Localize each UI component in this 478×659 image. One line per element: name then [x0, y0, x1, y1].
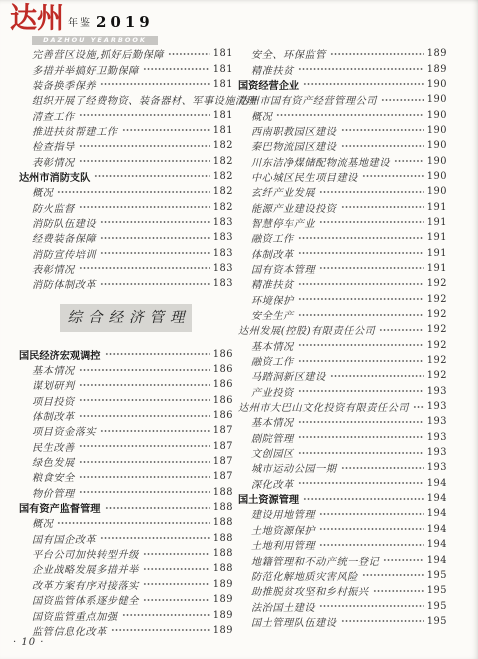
dot-leader: [143, 64, 210, 74]
toc-entry-title: 企业战略发展多措并举: [32, 561, 139, 576]
toc-entry: 城市运动公园一期193: [238, 460, 447, 475]
dot-leader: [122, 125, 210, 135]
toc-entry: 国有资本管理191: [238, 261, 447, 276]
dot-leader: [298, 64, 424, 74]
toc-entry: 环境保护192: [238, 292, 447, 307]
toc-entry: 建设用地管理194: [238, 506, 447, 521]
toc-entry: 国资经营企业190: [238, 77, 447, 92]
toc-entry: 川东洁净煤储配物流基地建设190: [238, 153, 447, 168]
toc-entry: 剧院管理193: [238, 430, 447, 445]
toc-entry: 体制改革191: [238, 245, 447, 260]
toc-entry-page-number: 191: [427, 263, 447, 274]
toc-entry-page-number: 181: [213, 125, 233, 136]
toc-entry-title: 达州市国有资产经营管理公司: [238, 92, 377, 107]
toc-entry-title: 达州市消防支队: [19, 169, 90, 184]
toc-entry-page-number: 181: [213, 110, 233, 121]
toc-entry: 国有资产监督管理188: [19, 500, 233, 515]
dot-leader: [143, 579, 210, 589]
toc-entry: 完善营区设施,抓好后勤保障181: [19, 46, 233, 61]
toc-entry-page-number: 189: [213, 594, 233, 605]
toc-entry-title: 项目资金落实: [32, 423, 96, 438]
dot-leader: [298, 248, 424, 258]
dot-leader: [319, 263, 424, 273]
toc-entry-page-number: 195: [427, 585, 447, 596]
toc-entry: 马踏洞新区建设192: [238, 368, 447, 383]
toc-entry-page-number: 192: [427, 324, 447, 335]
dot-leader: [298, 417, 424, 427]
toc-entry: 达州市国有资产经营管理公司190: [238, 92, 447, 107]
dot-leader: [341, 463, 424, 473]
toc-entry-title: 法治国土建设: [251, 599, 315, 614]
dot-leader: [298, 386, 424, 396]
toc-entry: 国资监管重点加强189: [19, 607, 233, 622]
dot-leader: [298, 294, 424, 304]
toc-entry-page-number: 187: [213, 441, 233, 452]
toc-entry-title: 粮食安全: [32, 469, 75, 484]
toc-entry-title: 监管信息化改革: [32, 623, 107, 638]
toc-entry: 基本情况186: [19, 362, 233, 377]
toc-entry-title: 国有资产监督管理: [19, 500, 101, 515]
toc-entry: 粮食安全187: [19, 469, 233, 484]
toc-entry: 达州发展(控股)有限责任公司192: [238, 322, 447, 337]
logo-dazhou-text: 达州: [10, 4, 64, 32]
toc-entry: 民生改善187: [19, 439, 233, 454]
toc-entry-title: 玄纤产业发展: [251, 184, 315, 199]
toc-entry-title: 国资监管重点加强: [32, 608, 118, 623]
toc-entry: 企业战略发展多措并举188: [19, 561, 233, 576]
toc-entry: 经费装备保障183: [19, 230, 233, 245]
toc-entry: 监管信息化改革189: [19, 623, 233, 638]
toc-entry-title: 基本情况: [32, 362, 75, 377]
toc-entry-title: 防火监督: [32, 200, 75, 215]
toc-entry: 项目投资186: [19, 393, 233, 408]
dot-leader: [319, 524, 424, 534]
toc-entry-page-number: 188: [213, 517, 233, 528]
toc-entry: 装备换季保养181: [19, 77, 233, 92]
toc-entry-title: 达州发展(控股)有限责任公司: [238, 322, 375, 337]
toc-entry-page-number: 190: [427, 140, 447, 151]
logo-year-text: 2019: [96, 13, 154, 31]
dot-leader: [143, 595, 210, 605]
toc-entry-title: 环境保护: [251, 292, 294, 307]
toc-entry-title: 表彰情况: [32, 261, 75, 276]
dot-leader: [79, 365, 210, 375]
toc-entry-title: 土地利用管理: [251, 537, 315, 552]
toc-entry-page-number: 192: [427, 294, 447, 305]
dot-leader: [57, 187, 209, 197]
toc-entry-page-number: 195: [427, 601, 447, 612]
dot-leader: [362, 171, 424, 181]
toc-entry-page-number: 194: [427, 555, 447, 566]
toc-entry-title: 防范化解地质灾害风险: [251, 568, 358, 583]
toc-entry-title: 国资监管体系逐步健全: [32, 592, 139, 607]
toc-entry: 组织开展了经费物资、装备器材、军事设施清理: [19, 92, 233, 107]
toc-column-right: 安全、环保监管189精准扶贫189国资经营企业190达州市国有资产经营管理公司1…: [238, 46, 447, 629]
toc-entry-page-number: 189: [213, 625, 233, 636]
toc-entry: 融资工作192: [238, 353, 447, 368]
toc-entry-page-number: 191: [427, 217, 447, 228]
toc-entry-page-number: 188: [213, 563, 233, 574]
toc-entry-title: 消防宣传培训: [32, 246, 96, 261]
masthead: 达州 年鉴 2019 DAZHOU YEARBOOK: [10, 5, 210, 45]
dot-leader: [319, 217, 424, 227]
toc-entry: 防火监督182: [19, 199, 233, 214]
toc-entry-title: 中心城区民生项目建设: [251, 169, 358, 184]
dot-leader: [341, 616, 424, 626]
toc-entry-title: 装备换季保养: [32, 77, 96, 92]
dot-leader: [319, 187, 424, 197]
toc-entry: 消防体制改革183: [19, 276, 233, 291]
toc-entry-title: 基本情况: [251, 338, 294, 353]
toc-entry-title: 达州市大巴山文化投资有限责任公司: [238, 399, 409, 414]
dot-leader: [341, 141, 424, 151]
yearbook-toc-page: 达州 年鉴 2019 DAZHOU YEARBOOK 完善营区设施,抓好后勤保障…: [0, 0, 478, 659]
toc-entry: 基本情况192: [238, 338, 447, 353]
toc-entry-title: 产业投资: [251, 384, 294, 399]
toc-entry-title: 民生改善: [32, 439, 75, 454]
toc-entry-title: 组织开展了经费物资、装备器材、军事设施清理: [32, 92, 256, 107]
dot-leader: [100, 217, 210, 227]
toc-entry: 表彰情况182: [19, 153, 233, 168]
toc-entry-title: 项目投资: [32, 393, 75, 408]
dot-leader: [298, 279, 424, 289]
toc-entry-page-number: 186: [213, 349, 233, 360]
toc-entry-title: 国土资源管理: [238, 491, 299, 506]
toc-entry-page-number: 187: [213, 425, 233, 436]
dot-leader: [79, 487, 210, 497]
dot-leader: [319, 509, 424, 519]
toc-entry-title: 推进扶贫帮建工作: [32, 123, 118, 138]
toc-entry: 安全、环保监管189: [238, 46, 447, 61]
toc-entry-title: 基本情况: [251, 414, 294, 429]
toc-entry: 能源产业建设投资191: [238, 199, 447, 214]
toc-entry-title: 川东洁净煤储配物流基地建设: [251, 154, 390, 169]
toc-entry-title: 土地资源保护: [251, 522, 315, 537]
toc-entry-page-number: 187: [213, 471, 233, 482]
toc-entry-title: 国资经营企业: [238, 77, 299, 92]
toc-entry-page-number: 187: [213, 456, 233, 467]
dot-leader: [79, 395, 210, 405]
toc-entry: 深化改革194: [238, 476, 447, 491]
toc-entry: 助推脱贫攻坚和乡村振兴195: [238, 583, 447, 598]
toc-entry-title: 国民经济宏观调控: [19, 347, 101, 362]
dot-leader: [298, 310, 424, 320]
toc-entry-title: 概况: [32, 515, 53, 530]
toc-entry-title: 谋划研判: [32, 377, 75, 392]
toc-entry: 精准扶贫189: [238, 61, 447, 76]
toc-entry-title: 国有资本管理: [251, 261, 315, 276]
toc-entry: 融资工作191: [238, 230, 447, 245]
toc-entry-page-number: 191: [427, 248, 447, 259]
toc-entry-page-number: 186: [213, 410, 233, 421]
dot-leader: [105, 503, 210, 513]
toc-entry-page-number: 181: [213, 64, 233, 75]
toc-entry-title: 文创园区: [251, 445, 294, 460]
dot-leader: [413, 402, 424, 412]
dot-leader: [79, 380, 210, 390]
toc-entry: 谋划研判186: [19, 377, 233, 392]
dot-leader: [379, 325, 424, 335]
toc-entry-title: 表彰情况: [32, 154, 75, 169]
toc-entry-page-number: 189: [213, 610, 233, 621]
toc-entry-page-number: 194: [427, 508, 447, 519]
toc-entry: 国民经济宏观调控186: [19, 347, 233, 362]
toc-entry-page-number: 192: [427, 309, 447, 320]
dot-leader: [373, 586, 424, 596]
toc-entry-title: 秦巴物流园区建设: [251, 138, 337, 153]
dot-leader: [79, 110, 210, 120]
toc-entry: 概况182: [19, 184, 233, 199]
toc-entry: 概况190: [238, 107, 447, 122]
dot-leader: [341, 125, 424, 135]
toc-entry-page-number: 190: [427, 79, 447, 90]
toc-entry: 改革方案有序对接落实189: [19, 577, 233, 592]
toc-entry-title: 能源产业建设投资: [251, 200, 337, 215]
dot-leader: [100, 248, 210, 258]
dot-leader: [79, 457, 210, 467]
toc-entry-page-number: 186: [213, 364, 233, 375]
toc-entry-page-number: 182: [213, 156, 233, 167]
dot-leader: [79, 441, 210, 451]
toc-entry-page-number: 188: [213, 502, 233, 513]
toc-entry: 概况188: [19, 515, 233, 530]
toc-entry-page-number: 181: [213, 79, 233, 90]
toc-entry: 产业投资193: [238, 384, 447, 399]
toc-entry-page-number: 183: [213, 278, 233, 289]
toc-entry-page-number: 190: [427, 125, 447, 136]
dot-leader: [341, 202, 424, 212]
toc-entry-page-number: 183: [213, 263, 233, 274]
dot-leader: [303, 79, 424, 89]
dot-leader: [100, 426, 210, 436]
dot-leader: [298, 478, 424, 488]
toc-entry-title: 完善营区设施,抓好后勤保障: [32, 46, 164, 61]
dot-leader: [79, 411, 210, 421]
page-number-folio: · 10 ·: [13, 637, 44, 648]
toc-entry-page-number: 192: [427, 355, 447, 366]
toc-entry-title: 西南职教园区建设: [251, 123, 337, 138]
toc-entry-title: 绿色发展: [32, 454, 75, 469]
toc-entry-page-number: 193: [427, 447, 447, 458]
dot-leader: [298, 356, 424, 366]
dot-leader: [122, 610, 210, 620]
dot-leader: [362, 570, 424, 580]
toc-entry-page-number: 194: [427, 524, 447, 535]
toc-entry: 多措并举搞好卫勤保障181: [19, 61, 233, 76]
dot-leader: [383, 555, 424, 565]
toc-entry: 体制改革186: [19, 408, 233, 423]
toc-entry-title: 智慧停车产业: [251, 215, 315, 230]
toc-entry-title: 检查指导: [32, 138, 75, 153]
toc-entry-title: 深化改革: [251, 476, 294, 491]
toc-entry-title: 清查工作: [32, 108, 75, 123]
toc-entry-title: 融资工作: [251, 230, 294, 245]
toc-entry-page-number: 182: [213, 202, 233, 213]
toc-entry-page-number: 186: [213, 379, 233, 390]
toc-entry-page-number: 189: [213, 579, 233, 590]
toc-entry: 达州市大巴山文化投资有限责任公司193: [238, 399, 447, 414]
toc-entry: 绿色发展187: [19, 454, 233, 469]
toc-entry-page-number: 190: [427, 156, 447, 167]
toc-entry-title: 精准扶贫: [251, 62, 294, 77]
toc-entry-title: 多措并举搞好卫勤保障: [32, 62, 139, 77]
toc-entry-title: 地籍管理和不动产统一登记: [251, 553, 379, 568]
toc-entry-page-number: 193: [427, 401, 447, 412]
toc-entry-title: 城市运动公园一期: [251, 460, 337, 475]
toc-entry-title: 国有国企改革: [32, 531, 96, 546]
toc-entry-page-number: 193: [427, 462, 447, 473]
dot-leader: [111, 625, 210, 635]
toc-entry-title: 平台公司加快转型升级: [32, 546, 139, 561]
toc-entry-title: 概况: [32, 184, 53, 199]
dot-leader: [100, 279, 210, 289]
dot-leader: [276, 110, 423, 120]
toc-entry-page-number: 188: [213, 533, 233, 544]
toc-entry-title: 概况: [251, 108, 272, 123]
dot-leader: [298, 233, 424, 243]
toc-entry: 国土资源管理194: [238, 491, 447, 506]
toc-entry-page-number: 182: [213, 140, 233, 151]
toc-entry-page-number: 193: [427, 386, 447, 397]
toc-entry: 秦巴物流园区建设190: [238, 138, 447, 153]
toc-entry: 国土管理队伍建设195: [238, 614, 447, 629]
toc-entry-page-number: 192: [427, 278, 447, 289]
toc-entry-page-number: 183: [213, 232, 233, 243]
dot-leader: [100, 533, 210, 543]
logo-yearbook-text: 年鉴: [68, 14, 92, 29]
dot-leader: [319, 601, 424, 611]
toc-entry-page-number: 190: [427, 110, 447, 121]
toc-entry: 法治国土建设195: [238, 598, 447, 613]
dot-leader: [79, 472, 210, 482]
dot-leader: [79, 202, 210, 212]
toc-entry-page-number: 183: [213, 217, 233, 228]
section-heading-box: 综合经济管理: [60, 304, 192, 332]
dot-leader: [79, 156, 210, 166]
toc-entry-page-number: 194: [427, 539, 447, 550]
toc-entry-title: 助推脱贫攻坚和乡村振兴: [251, 583, 369, 598]
toc-entry: 消防队伍建设183: [19, 215, 233, 230]
toc-entry-page-number: 189: [427, 48, 447, 59]
toc-entry: 基本情况193: [238, 414, 447, 429]
dot-leader: [100, 233, 210, 243]
toc-entry: 安全生产192: [238, 307, 447, 322]
toc-entry: 国资监管体系逐步健全189: [19, 592, 233, 607]
dot-leader: [298, 340, 424, 350]
toc-entry-title: 安全、环保监管: [251, 46, 326, 61]
toc-entry-page-number: 190: [427, 94, 447, 105]
toc-entry-page-number: 192: [427, 370, 447, 381]
dot-leader: [298, 432, 424, 442]
toc-entry: 平台公司加快转型升级188: [19, 546, 233, 561]
toc-entry: 西南职教园区建设190: [238, 123, 447, 138]
dot-leader: [330, 49, 424, 59]
toc-entry-page-number: 194: [427, 478, 447, 489]
toc-entry-page-number: 183: [213, 248, 233, 259]
dot-leader: [105, 349, 210, 359]
toc-entry-page-number: 191: [427, 232, 447, 243]
toc-column-left: 完善营区设施,抓好后勤保障181多措并举搞好卫勤保障181装备换季保养181组织…: [19, 46, 233, 638]
dot-leader: [168, 49, 210, 59]
toc-entry: 精准扶贫192: [238, 276, 447, 291]
dot-leader: [100, 79, 210, 89]
toc-entry-title: 马踏洞新区建设: [251, 368, 326, 383]
toc-entry-title: 剧院管理: [251, 430, 294, 445]
toc-entry-page-number: 193: [427, 416, 447, 427]
toc-entry-title: 体制改革: [251, 246, 294, 261]
toc-entry: 玄纤产业发展190: [238, 184, 447, 199]
toc-entry-page-number: 190: [427, 171, 447, 182]
toc-entry-page-number: 188: [213, 548, 233, 559]
toc-entry-page-number: 181: [213, 48, 233, 59]
dot-leader: [143, 564, 210, 574]
toc-entry-title: 消防队伍建设: [32, 215, 96, 230]
toc-entry-page-number: 189: [427, 64, 447, 75]
dot-leader: [319, 540, 424, 550]
dot-leader: [79, 141, 210, 151]
toc-entry-page-number: 195: [427, 570, 447, 581]
toc-entry-title: 精准扶贫: [251, 276, 294, 291]
toc-entry-title: 融资工作: [251, 353, 294, 368]
dot-leader: [330, 371, 424, 381]
toc-entry: 达州市消防支队182: [19, 169, 233, 184]
toc-entry-page-number: 194: [427, 493, 447, 504]
toc-entry-page-number: 190: [427, 186, 447, 197]
toc-entry-page-number: 186: [213, 395, 233, 406]
toc-entry: 项目资金落实187: [19, 423, 233, 438]
toc-entry-title: 物价管理: [32, 485, 75, 500]
dot-leader: [381, 95, 424, 105]
dot-leader: [57, 518, 209, 528]
toc-entry-page-number: 195: [427, 616, 447, 627]
logo-english-banner: DAZHOU YEARBOOK: [32, 36, 158, 45]
toc-entry: 智慧停车产业191: [238, 215, 447, 230]
toc-entry-title: 消防体制改革: [32, 276, 96, 291]
toc-entry: 推进扶贫帮建工作181: [19, 123, 233, 138]
toc-entry: 国有国企改革188: [19, 531, 233, 546]
dot-leader: [394, 156, 424, 166]
toc-entry-title: 体制改革: [32, 408, 75, 423]
dot-leader: [298, 448, 424, 458]
toc-entry: 表彰情况183: [19, 261, 233, 276]
toc-entry-page-number: 193: [427, 432, 447, 443]
toc-entry-title: 建设用地管理: [251, 506, 315, 521]
toc-entry-title: 安全生产: [251, 307, 294, 322]
dot-leader: [94, 171, 209, 181]
toc-entry: 防范化解地质灾害风险195: [238, 568, 447, 583]
toc-entry: 检查指导182: [19, 138, 233, 153]
toc-entry-title: 经费装备保障: [32, 230, 96, 245]
toc-entry: 文创园区193: [238, 445, 447, 460]
toc-entry-page-number: 182: [213, 186, 233, 197]
toc-entry-page-number: 192: [427, 340, 447, 351]
dot-leader: [143, 549, 210, 559]
toc-entry-page-number: 188: [213, 487, 233, 498]
toc-entry-title: 改革方案有序对接落实: [32, 577, 139, 592]
toc-entry: 清查工作181: [19, 107, 233, 122]
toc-entry-title: 国土管理队伍建设: [251, 614, 337, 629]
toc-entry: 消防宣传培训183: [19, 245, 233, 260]
toc-entry: 土地利用管理194: [238, 537, 447, 552]
dot-leader: [79, 263, 210, 273]
toc-entry-page-number: 182: [213, 171, 233, 182]
toc-entry: 地籍管理和不动产统一登记194: [238, 552, 447, 567]
dot-leader: [303, 494, 424, 504]
toc-entry-page-number: 191: [427, 202, 447, 213]
toc-entry: 土地资源保护194: [238, 522, 447, 537]
toc-entry: 中心城区民生项目建设190: [238, 169, 447, 184]
toc-entry: 物价管理188: [19, 485, 233, 500]
